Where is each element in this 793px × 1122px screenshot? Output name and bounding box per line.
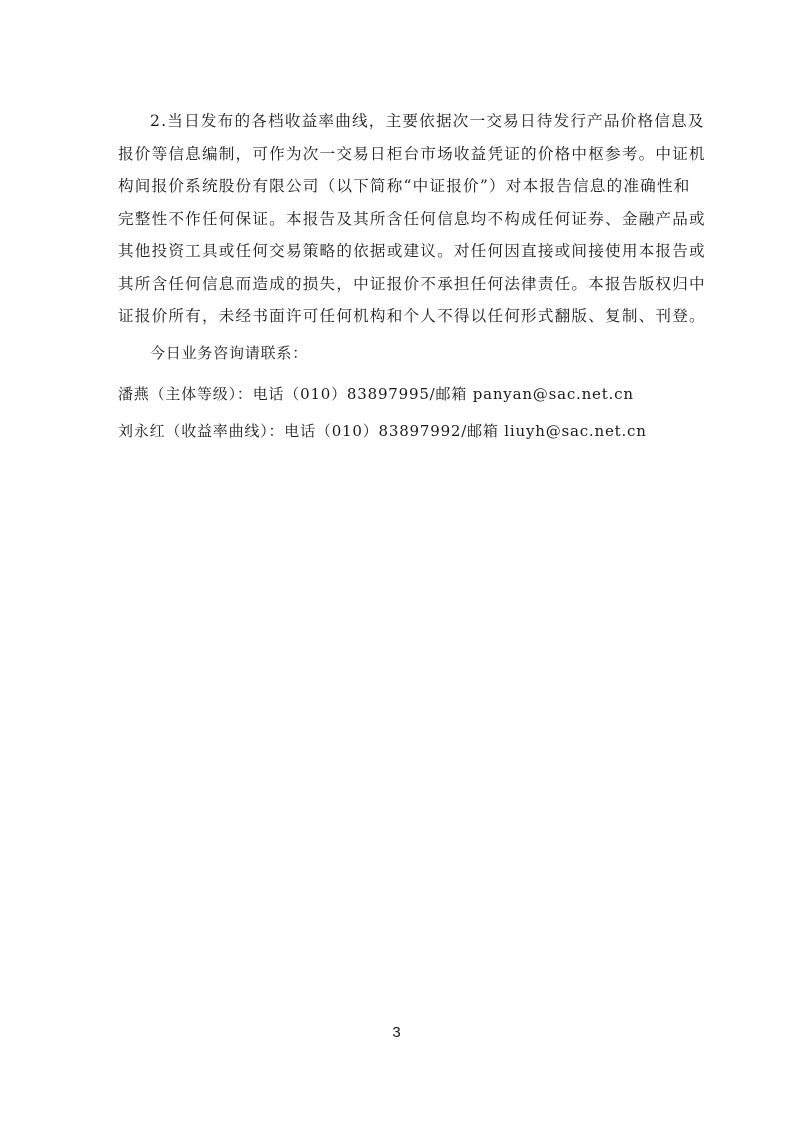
disclaimer-line: 完整性不作任何保证。本报告及其所含任何信息均不构成任何证券、金融产品或 [118, 203, 678, 236]
contact-line: 刘永红（收益率曲线）：电话（010）83897992/邮箱 liuyh@sac.… [118, 420, 647, 441]
disclaimer-line: 其所含任何信息而造成的损失，中证报价不承担任何法律责任。本报告版权归中 [118, 268, 678, 301]
contacts-heading: 今日业务咨询请联系： [118, 342, 308, 363]
disclaimer-line: 报价等信息编制，可作为次一交易日柜台市场收益凭证的价格中枢参考。中证机 [118, 138, 678, 171]
disclaimer-line: 2.当日发布的各档收益率曲线，主要依据次一交易日待发行产品价格信息及 [118, 105, 678, 138]
disclaimer-paragraph: 2.当日发布的各档收益率曲线，主要依据次一交易日待发行产品价格信息及 报价等信息… [118, 105, 678, 333]
disclaimer-line: 证报价所有，未经书面许可任何机构和个人不得以任何形式翻版、复制、刊登。 [118, 300, 678, 333]
disclaimer-line: 其他投资工具或任何交易策略的依据或建议。对任何因直接或间接使用本报告或 [118, 235, 678, 268]
page-number: 3 [0, 1024, 793, 1041]
disclaimer-line: 构间报价系统股份有限公司（以下简称“中证报价”）对本报告信息的准确性和 [118, 170, 678, 203]
contact-line: 潘燕（主体等级）：电话（010）83897995/邮箱 panyan@sac.n… [118, 383, 634, 404]
